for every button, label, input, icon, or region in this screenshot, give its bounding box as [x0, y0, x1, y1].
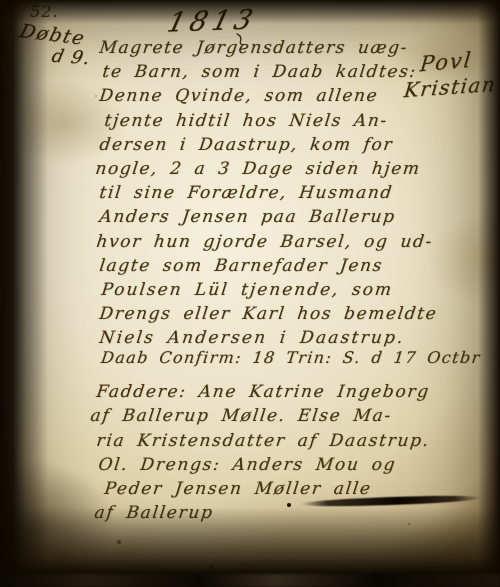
sponsor-line: Faddere: Ane Katrine Ingeborg: [95, 380, 493, 404]
margin-entry-number: 52.: [30, 2, 58, 21]
record-line: dersen i Daastrup, kom for: [98, 133, 493, 157]
ink-dot: [287, 503, 291, 507]
sponsor-line: af Ballerup Mølle. Else Ma-: [89, 404, 493, 428]
scanned-register-page: 52. Døbte d 9. 1813 Magrete Jørgensdatte…: [0, 0, 500, 587]
confirmation-line: Daab Confirm: 18 Trin: S. d 17 Octbr: [100, 348, 482, 367]
record-line: hvor hun gjorde Barsel, og ud-: [95, 230, 493, 254]
sponsor-line: af Ballerup: [93, 501, 493, 525]
record-line: Niels Andersen i Daastrup.: [98, 326, 493, 350]
margin-entry-date: d 9.: [50, 46, 93, 69]
sponsor-line: ria Kristensdatter af Daastrup.: [95, 429, 493, 453]
sponsor-line: Ol. Drengs: Anders Mou og: [97, 453, 493, 477]
sponsors-text: Faddere: Ane Katrine Ingeborg af Balleru…: [95, 380, 490, 526]
paper-specks: [0, 0, 2, 2]
child-name-first: Povl: [419, 48, 474, 77]
record-line: Anders Jensen paa Ballerup: [98, 205, 493, 229]
record-line: Poulsen Lül tjenende, som: [100, 278, 493, 302]
record-line: lagte som Barnefader Jens: [98, 254, 493, 278]
record-line: Drengs eller Karl hos bemeldte: [98, 302, 493, 326]
record-line: nogle, 2 a 3 Dage siden hjem: [94, 157, 493, 181]
record-line: til sine Forældre, Husmand: [98, 181, 493, 205]
record-line: tjente hidtil hos Niels An-: [103, 109, 493, 133]
